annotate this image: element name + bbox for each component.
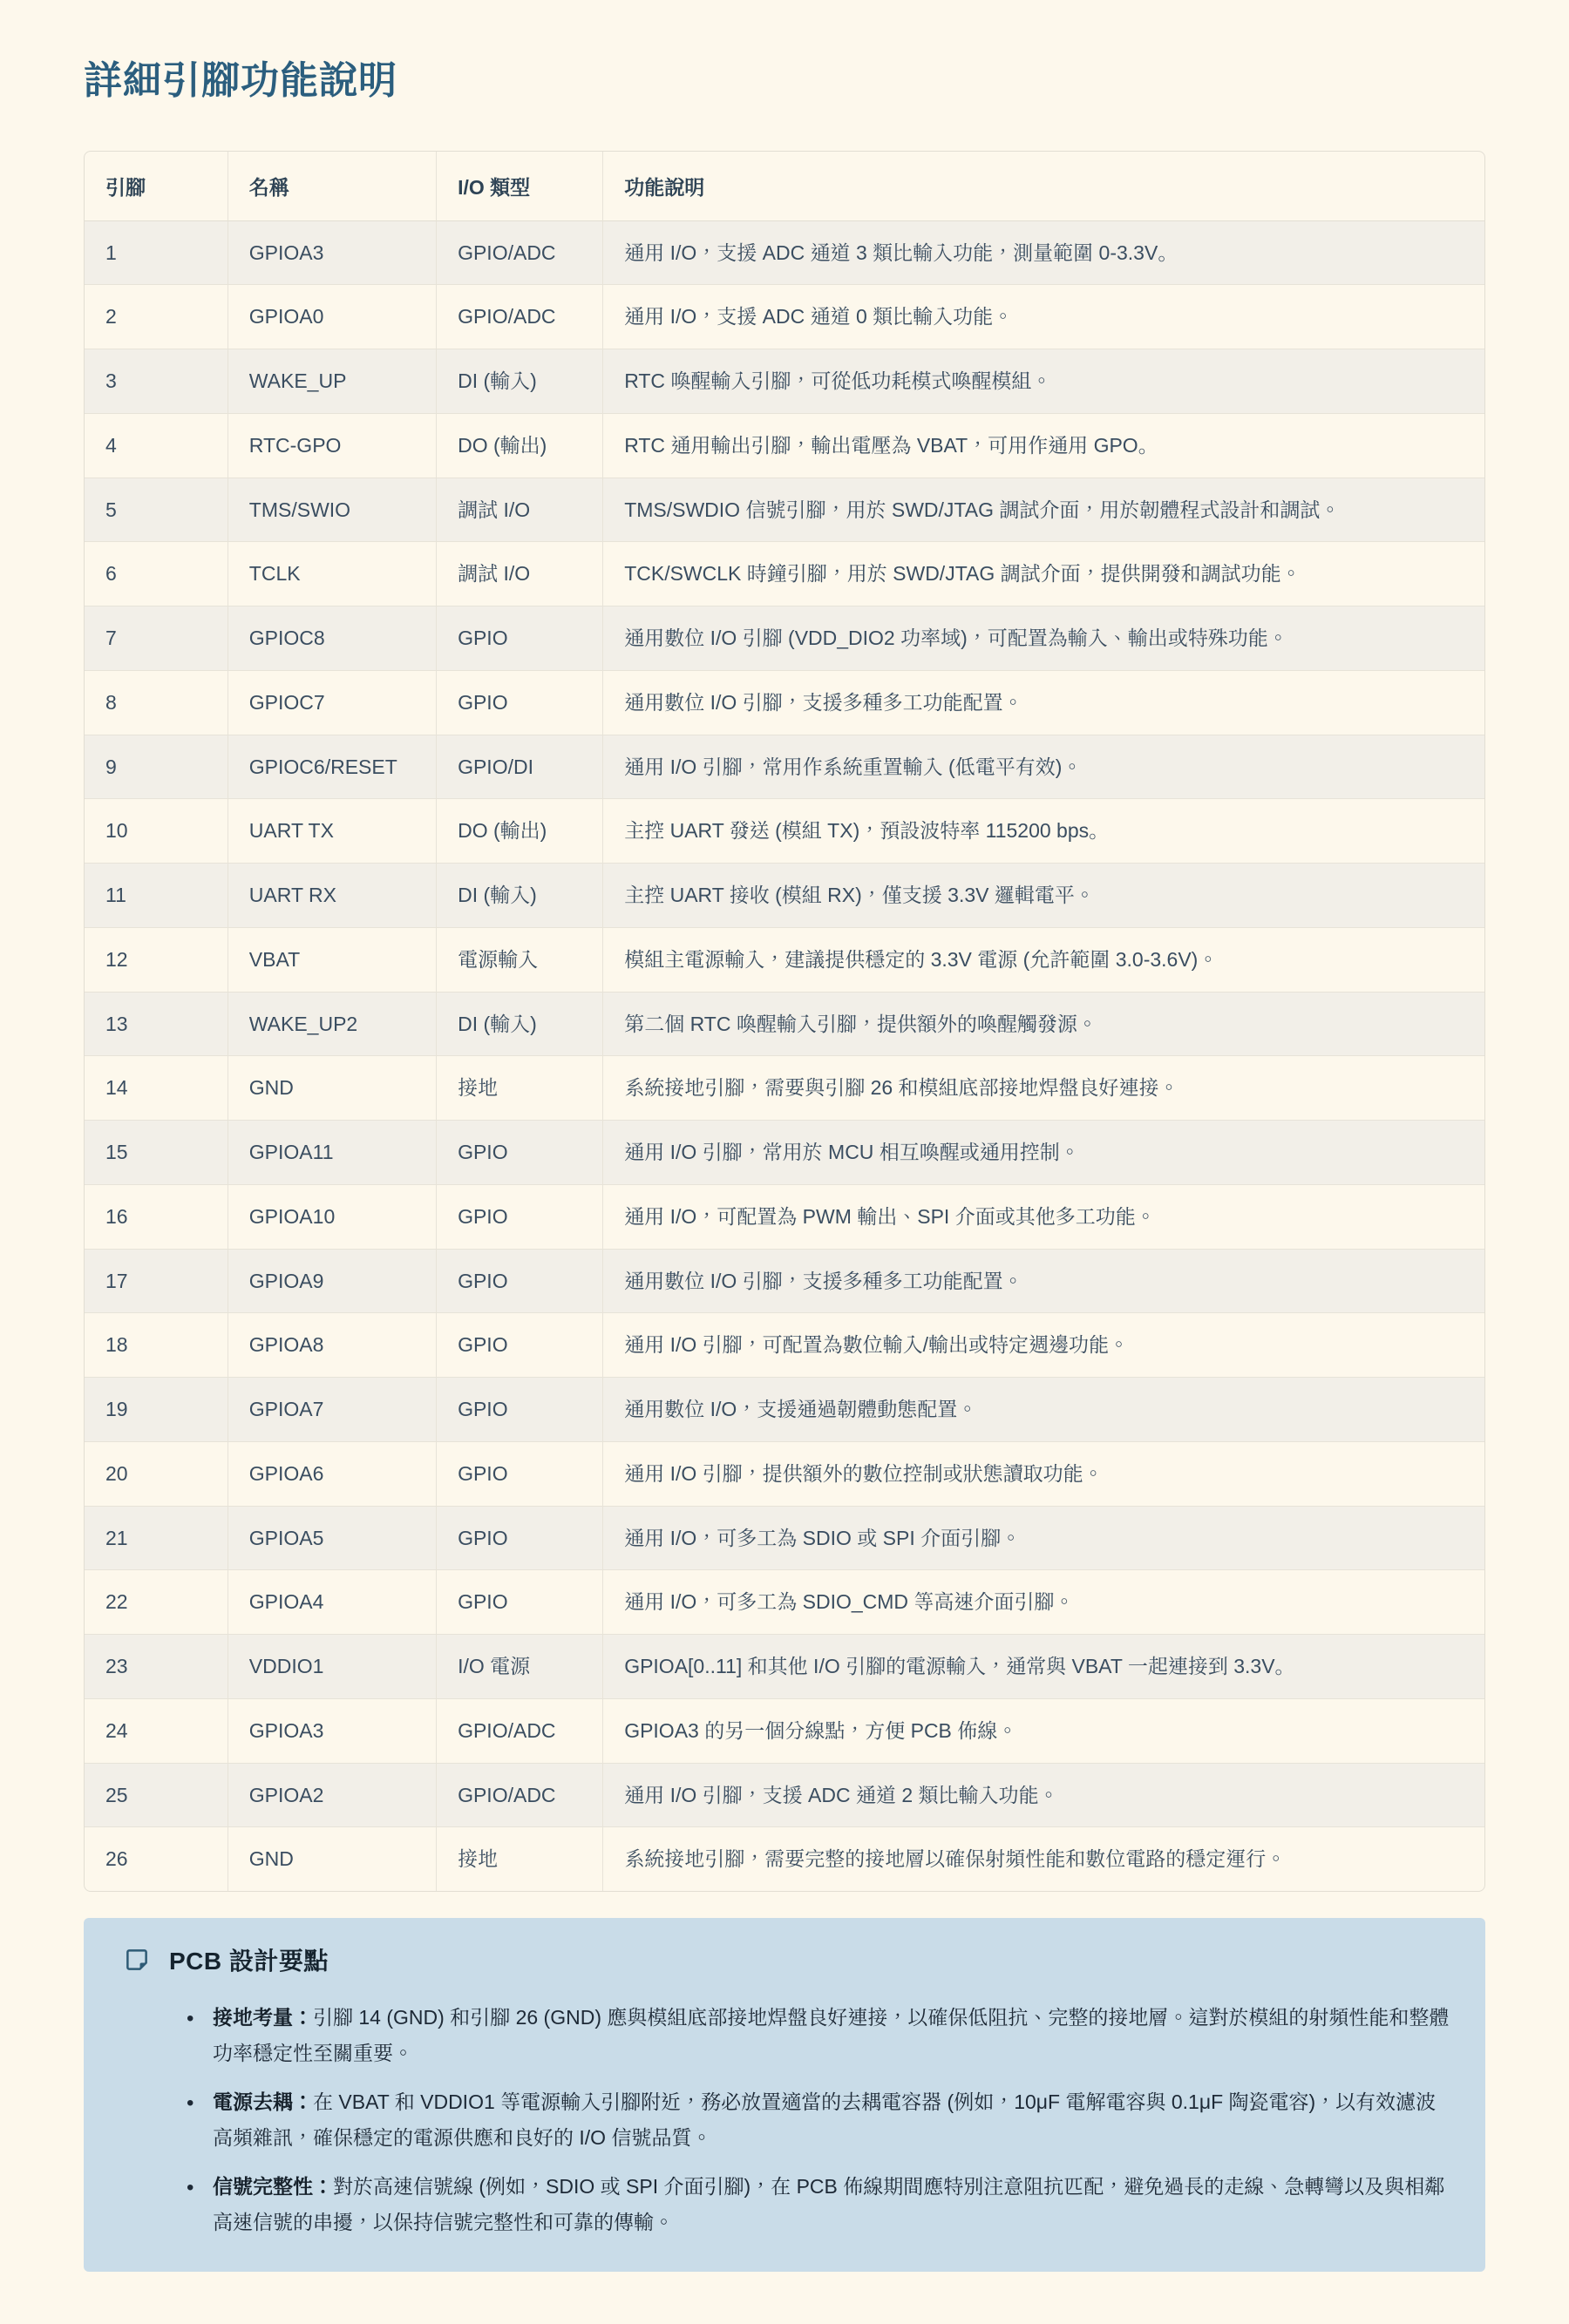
desc-cell: GPIOA[0..11] 和其他 I/O 引腳的電源輸入，通常與 VBAT 一起… <box>602 1635 1484 1699</box>
io-type-cell: DI (輸入) <box>436 349 602 414</box>
table-row: 11UART RXDI (輸入)主控 UART 接收 (模組 RX)，僅支援 3… <box>85 864 1484 928</box>
pin-cell: 14 <box>85 1056 228 1121</box>
desc-cell: 通用 I/O，可配置為 PWM 輸出、SPI 介面或其他多工功能。 <box>602 1185 1484 1250</box>
table-row: 16GPIOA10GPIO通用 I/O，可配置為 PWM 輸出、SPI 介面或其… <box>85 1185 1484 1250</box>
table-row: 25GPIOA2GPIO/ADC通用 I/O 引腳，支援 ADC 通道 2 類比… <box>85 1764 1484 1828</box>
pin-cell: 12 <box>85 928 228 993</box>
note-item-text: 在 VBAT 和 VDDIO1 等電源輸入引腳附近，務必放置適當的去耦電容器 (… <box>213 2090 1436 2149</box>
table-row: 23VDDIO1I/O 電源GPIOA[0..11] 和其他 I/O 引腳的電源… <box>85 1635 1484 1699</box>
io-type-cell: 電源輸入 <box>436 928 602 993</box>
name-cell: WAKE_UP <box>228 349 436 414</box>
note-item-grounding: 接地考量：引腳 14 (GND) 和引腳 26 (GND) 應與模組底部接地焊盤… <box>185 2000 1450 2072</box>
io-type-cell: DI (輸入) <box>436 993 602 1057</box>
name-cell: GPIOC7 <box>228 671 436 735</box>
pin-cell: 11 <box>85 864 228 928</box>
table-row: 14GND接地系統接地引腳，需要與引腳 26 和模組底部接地焊盤良好連接。 <box>85 1056 1484 1121</box>
name-cell: GPIOA7 <box>228 1378 436 1442</box>
pin-cell: 24 <box>85 1699 228 1764</box>
desc-cell: 系統接地引腳，需要完整的接地層以確保射頻性能和數位電路的穩定運行。 <box>602 1827 1484 1891</box>
name-cell: GND <box>228 1056 436 1121</box>
name-cell: GPIOA6 <box>228 1442 436 1507</box>
table-row: 4RTC-GPODO (輸出)RTC 通用輸出引腳，輸出電壓為 VBAT，可用作… <box>85 414 1484 478</box>
io-type-cell: GPIO <box>436 1378 602 1442</box>
name-cell: TMS/SWIO <box>228 478 436 543</box>
io-type-cell: GPIO <box>436 1313 602 1378</box>
table-row: 24GPIOA3GPIO/ADCGPIOA3 的另一個分線點，方便 PCB 佈線… <box>85 1699 1484 1764</box>
name-cell: GND <box>228 1827 436 1891</box>
table-row: 17GPIOA9GPIO通用數位 I/O 引腳，支援多種多工功能配置。 <box>85 1250 1484 1314</box>
name-cell: GPIOA4 <box>228 1570 436 1635</box>
table-row: 1GPIOA3GPIO/ADC通用 I/O，支援 ADC 通道 3 類比輸入功能… <box>85 221 1484 286</box>
desc-cell: GPIOA3 的另一個分線點，方便 PCB 佈線。 <box>602 1699 1484 1764</box>
name-cell: VBAT <box>228 928 436 993</box>
table-row: 13WAKE_UP2DI (輸入)第二個 RTC 喚醒輸入引腳，提供額外的喚醒觸… <box>85 993 1484 1057</box>
note-title: PCB 設計要點 <box>169 1942 329 1977</box>
desc-cell: 主控 UART 發送 (模組 TX)，預設波特率 115200 bps。 <box>602 799 1484 864</box>
desc-cell: 通用 I/O，可多工為 SDIO 或 SPI 介面引腳。 <box>602 1507 1484 1571</box>
pcb-note-box: PCB 設計要點 接地考量：引腳 14 (GND) 和引腳 26 (GND) 應… <box>84 1918 1485 2272</box>
io-type-cell: GPIO/ADC <box>436 221 602 286</box>
name-cell: GPIOA5 <box>228 1507 436 1571</box>
pin-cell: 23 <box>85 1635 228 1699</box>
io-type-cell: GPIO/DI <box>436 735 602 800</box>
name-cell: WAKE_UP2 <box>228 993 436 1057</box>
table-row: 22GPIOA4GPIO通用 I/O，可多工為 SDIO_CMD 等高速介面引腳… <box>85 1570 1484 1635</box>
note-header: PCB 設計要點 <box>105 1942 1450 1977</box>
io-type-cell: 接地 <box>436 1056 602 1121</box>
table-row: 2GPIOA0GPIO/ADC通用 I/O，支援 ADC 通道 0 類比輸入功能… <box>85 285 1484 349</box>
io-type-cell: DO (輸出) <box>436 414 602 478</box>
pin-cell: 2 <box>85 285 228 349</box>
desc-cell: 通用數位 I/O，支援通過韌體動態配置。 <box>602 1378 1484 1442</box>
desc-cell: 通用 I/O 引腳，可配置為數位輸入/輸出或特定週邊功能。 <box>602 1313 1484 1378</box>
table-row: 8GPIOC7GPIO通用數位 I/O 引腳，支援多種多工功能配置。 <box>85 671 1484 735</box>
io-type-cell: GPIO <box>436 1570 602 1635</box>
table-row: 12VBAT電源輸入模組主電源輸入，建議提供穩定的 3.3V 電源 (允許範圍 … <box>85 928 1484 993</box>
pin-cell: 6 <box>85 542 228 606</box>
io-type-cell: GPIO/ADC <box>436 1764 602 1828</box>
pin-cell: 5 <box>85 478 228 543</box>
pin-cell: 25 <box>85 1764 228 1828</box>
table-row: 18GPIOA8GPIO通用 I/O 引腳，可配置為數位輸入/輸出或特定週邊功能… <box>85 1313 1484 1378</box>
pin-cell: 10 <box>85 799 228 864</box>
desc-cell: 通用 I/O，支援 ADC 通道 0 類比輸入功能。 <box>602 285 1484 349</box>
name-cell: GPIOA9 <box>228 1250 436 1314</box>
table-row: 9GPIOC6/RESETGPIO/DI通用 I/O 引腳，常用作系統重置輸入 … <box>85 735 1484 800</box>
pin-cell: 20 <box>85 1442 228 1507</box>
name-cell: RTC-GPO <box>228 414 436 478</box>
desc-cell: TCK/SWCLK 時鐘引腳，用於 SWD/JTAG 調試介面，提供開發和調試功… <box>602 542 1484 606</box>
table-row: 5TMS/SWIO調試 I/OTMS/SWDIO 信號引腳，用於 SWD/JTA… <box>85 478 1484 543</box>
name-cell: GPIOA0 <box>228 285 436 349</box>
datasheet-page: 詳細引腳功能說明 引腳 名稱 I/O 類型 功能說明 1GPIOA3GPIO/A… <box>0 0 1569 2324</box>
desc-cell: TMS/SWDIO 信號引腳，用於 SWD/JTAG 調試介面，用於韌體程式設計… <box>602 478 1484 543</box>
name-cell: GPIOA11 <box>228 1121 436 1185</box>
name-cell: GPIOA8 <box>228 1313 436 1378</box>
desc-cell: 通用 I/O 引腳，支援 ADC 通道 2 類比輸入功能。 <box>602 1764 1484 1828</box>
name-cell: GPIOA10 <box>228 1185 436 1250</box>
desc-cell: 通用 I/O，可多工為 SDIO_CMD 等高速介面引腳。 <box>602 1570 1484 1635</box>
table-row: 20GPIOA6GPIO通用 I/O 引腳，提供額外的數位控制或狀態讀取功能。 <box>85 1442 1484 1507</box>
pin-cell: 17 <box>85 1250 228 1314</box>
desc-cell: 第二個 RTC 喚醒輸入引腳，提供額外的喚醒觸發源。 <box>602 993 1484 1057</box>
name-cell: TCLK <box>228 542 436 606</box>
note-icon <box>124 1946 150 1974</box>
pin-cell: 1 <box>85 221 228 286</box>
name-cell: VDDIO1 <box>228 1635 436 1699</box>
name-cell: UART RX <box>228 864 436 928</box>
io-type-cell: GPIO <box>436 1442 602 1507</box>
table-body: 1GPIOA3GPIO/ADC通用 I/O，支援 ADC 通道 3 類比輸入功能… <box>85 221 1484 1892</box>
table-row: 19GPIOA7GPIO通用數位 I/O，支援通過韌體動態配置。 <box>85 1378 1484 1442</box>
desc-cell: 通用 I/O，支援 ADC 通道 3 類比輸入功能，測量範圍 0-3.3V。 <box>602 221 1484 286</box>
table-row: 7GPIOC8GPIO通用數位 I/O 引腳 (VDD_DIO2 功率域)，可配… <box>85 606 1484 671</box>
io-type-cell: GPIO/ADC <box>436 1699 602 1764</box>
name-cell: GPIOA3 <box>228 1699 436 1764</box>
page-title: 詳細引腳功能說明 <box>84 59 1485 104</box>
note-item-text: 對於高速信號線 (例如，SDIO 或 SPI 介面引腳)，在 PCB 佈線期間應… <box>213 2175 1444 2233</box>
header-io-type: I/O 類型 <box>436 152 602 221</box>
table-row: 26GND接地系統接地引腳，需要完整的接地層以確保射頻性能和數位電路的穩定運行。 <box>85 1827 1484 1891</box>
desc-cell: 通用數位 I/O 引腳，支援多種多工功能配置。 <box>602 671 1484 735</box>
desc-cell: 模組主電源輸入，建議提供穩定的 3.3V 電源 (允許範圍 3.0-3.6V)。 <box>602 928 1484 993</box>
pin-cell: 9 <box>85 735 228 800</box>
io-type-cell: DO (輸出) <box>436 799 602 864</box>
header-pin: 引腳 <box>85 152 228 221</box>
table-row: 6TCLK調試 I/OTCK/SWCLK 時鐘引腳，用於 SWD/JTAG 調試… <box>85 542 1484 606</box>
pin-cell: 3 <box>85 349 228 414</box>
pin-cell: 15 <box>85 1121 228 1185</box>
name-cell: UART TX <box>228 799 436 864</box>
desc-cell: 通用 I/O 引腳，常用作系統重置輸入 (低電平有效)。 <box>602 735 1484 800</box>
desc-cell: 通用數位 I/O 引腳 (VDD_DIO2 功率域)，可配置為輸入、輸出或特殊功… <box>602 606 1484 671</box>
pin-cell: 21 <box>85 1507 228 1571</box>
table-row: 15GPIOA11GPIO通用 I/O 引腳，常用於 MCU 相互喚醒或通用控制… <box>85 1121 1484 1185</box>
io-type-cell: GPIO <box>436 1121 602 1185</box>
desc-cell: 系統接地引腳，需要與引腳 26 和模組底部接地焊盤良好連接。 <box>602 1056 1484 1121</box>
note-item-signal-integrity: 信號完整性：對於高速信號線 (例如，SDIO 或 SPI 介面引腳)，在 PCB… <box>185 2169 1450 2241</box>
note-item-label: 接地考量： <box>213 2006 313 2029</box>
desc-cell: 通用 I/O 引腳，常用於 MCU 相互喚醒或通用控制。 <box>602 1121 1484 1185</box>
pin-cell: 4 <box>85 414 228 478</box>
desc-cell: 通用 I/O 引腳，提供額外的數位控制或狀態讀取功能。 <box>602 1442 1484 1507</box>
table-row: 10UART TXDO (輸出)主控 UART 發送 (模組 TX)，預設波特率… <box>85 799 1484 864</box>
pin-cell: 7 <box>85 606 228 671</box>
io-type-cell: 接地 <box>436 1827 602 1891</box>
io-type-cell: 調試 I/O <box>436 542 602 606</box>
pin-cell: 19 <box>85 1378 228 1442</box>
header-function: 功能說明 <box>602 152 1484 221</box>
io-type-cell: I/O 電源 <box>436 1635 602 1699</box>
name-cell: GPIOC6/RESET <box>228 735 436 800</box>
io-type-cell: DI (輸入) <box>436 864 602 928</box>
pin-cell: 18 <box>85 1313 228 1378</box>
table-row: 21GPIOA5GPIO通用 I/O，可多工為 SDIO 或 SPI 介面引腳。 <box>85 1507 1484 1571</box>
table-header: 引腳 名稱 I/O 類型 功能說明 <box>85 152 1484 221</box>
io-type-cell: GPIO <box>436 1507 602 1571</box>
pin-cell: 16 <box>85 1185 228 1250</box>
table-header-row: 引腳 名稱 I/O 類型 功能說明 <box>85 152 1484 221</box>
io-type-cell: GPIO <box>436 606 602 671</box>
pin-cell: 22 <box>85 1570 228 1635</box>
note-list: 接地考量：引腳 14 (GND) 和引腳 26 (GND) 應與模組底部接地焊盤… <box>105 2000 1450 2240</box>
name-cell: GPIOA2 <box>228 1764 436 1828</box>
io-type-cell: GPIO <box>436 1185 602 1250</box>
header-name: 名稱 <box>228 152 436 221</box>
desc-cell: RTC 通用輸出引腳，輸出電壓為 VBAT，可用作通用 GPO。 <box>602 414 1484 478</box>
io-type-cell: GPIO <box>436 671 602 735</box>
desc-cell: RTC 喚醒輸入引腳，可從低功耗模式喚醒模組。 <box>602 349 1484 414</box>
desc-cell: 主控 UART 接收 (模組 RX)，僅支援 3.3V 邏輯電平。 <box>602 864 1484 928</box>
note-item-label: 電源去耦： <box>213 2090 313 2113</box>
note-item-text: 引腳 14 (GND) 和引腳 26 (GND) 應與模組底部接地焊盤良好連接，… <box>213 2006 1449 2064</box>
desc-cell: 通用數位 I/O 引腳，支援多種多工功能配置。 <box>602 1250 1484 1314</box>
name-cell: GPIOA3 <box>228 221 436 286</box>
pin-cell: 13 <box>85 993 228 1057</box>
io-type-cell: GPIO <box>436 1250 602 1314</box>
pin-cell: 8 <box>85 671 228 735</box>
name-cell: GPIOC8 <box>228 606 436 671</box>
note-item-decoupling: 電源去耦：在 VBAT 和 VDDIO1 等電源輸入引腳附近，務必放置適當的去耦… <box>185 2084 1450 2157</box>
pin-cell: 26 <box>85 1827 228 1891</box>
io-type-cell: GPIO/ADC <box>436 285 602 349</box>
io-type-cell: 調試 I/O <box>436 478 602 543</box>
note-item-label: 信號完整性： <box>213 2175 333 2198</box>
table-row: 3WAKE_UPDI (輸入)RTC 喚醒輸入引腳，可從低功耗模式喚醒模組。 <box>85 349 1484 414</box>
pin-function-table: 引腳 名稱 I/O 類型 功能說明 1GPIOA3GPIO/ADC通用 I/O，… <box>84 151 1485 1893</box>
